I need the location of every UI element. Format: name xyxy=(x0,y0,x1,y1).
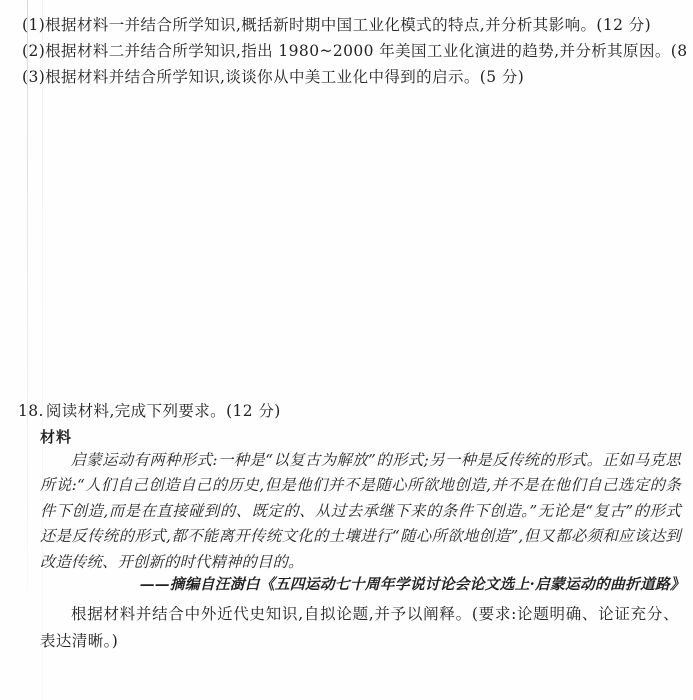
exam-paper-page: (1)根据材料一并结合所学知识,概括新时期中国工业化模式的特点,并分析其影响。(… xyxy=(0,0,693,700)
material-label: 材料 xyxy=(40,426,72,447)
material-paragraph: 启蒙运动有两种形式:一种是“以复古为解放”的形式;另一种是反传统的形式。正如马克… xyxy=(40,448,681,575)
question-18-task: 根据材料并结合中外近代史知识,自拟论题,并予以阐释。(要求:论题明确、论证充分、… xyxy=(40,601,679,654)
question-number: 18. xyxy=(18,402,44,420)
question-18-intro: 阅读材料,完成下列要求。(12 分) xyxy=(46,402,281,420)
question-17-subquestions: (1)根据材料一并结合所学知识,概括新时期中国工业化模式的特点,并分析其影响。(… xyxy=(22,13,679,90)
question-18-heading: 18.阅读材料,完成下列要求。(12 分) xyxy=(18,398,681,424)
subquestion-3: (3)根据材料并结合所学知识,谈谈你从中美工业化中得到的启示。(5 分) xyxy=(22,65,679,91)
source-attribution: ——摘编自汪澍白《五四运动七十周年学说讨论会论文选上·启蒙运动的曲折道路》 xyxy=(40,573,685,597)
subquestion-2: (2)根据材料二并结合所学知识,指出 1980~2000 年美国工业化演进的趋势… xyxy=(22,39,679,65)
subquestion-1: (1)根据材料一并结合所学知识,概括新时期中国工业化模式的特点,并分析其影响。(… xyxy=(22,13,679,39)
